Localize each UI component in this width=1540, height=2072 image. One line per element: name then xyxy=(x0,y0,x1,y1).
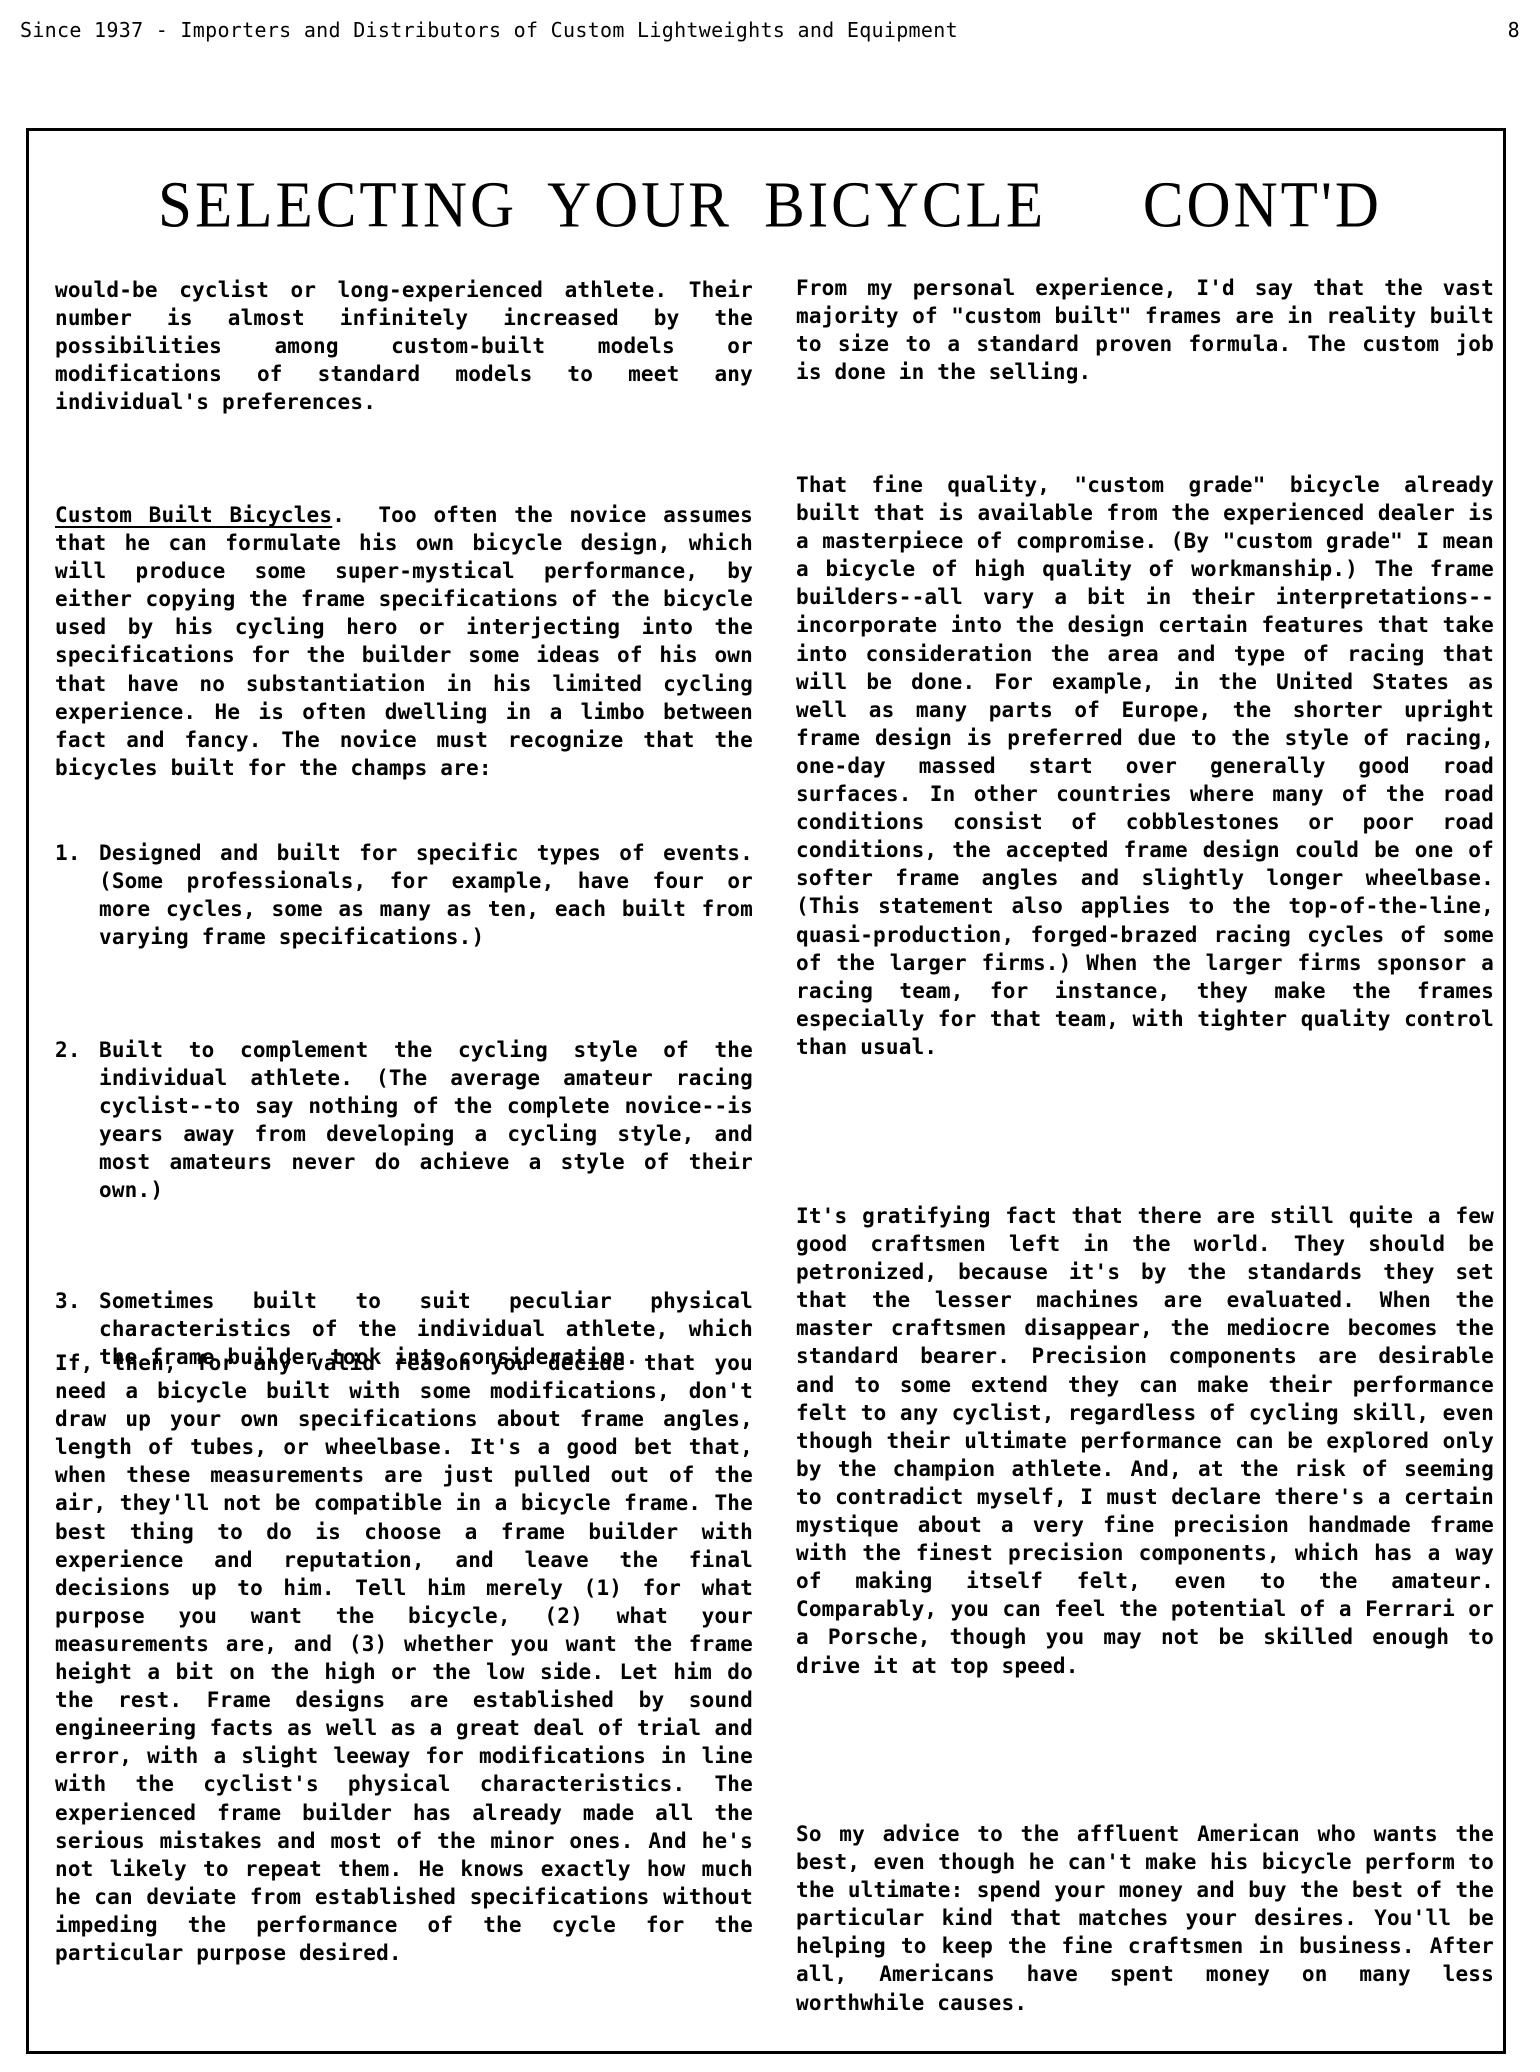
list-item-text: Designed and built for specific types of… xyxy=(99,839,753,951)
closing-advice-paragraph: So my advice to the affluent American wh… xyxy=(796,1820,1494,2017)
list-item-text: Built to complement the cycling style of… xyxy=(99,1036,753,1205)
list-item-2: 2. Built to complement the cycling style… xyxy=(55,1036,753,1205)
section-heading-custom-built: Custom Built Bicycles xyxy=(55,503,332,527)
company-tagline: Since 1937 - Importers and Distributors … xyxy=(20,18,958,42)
page-number: 8 xyxy=(1508,18,1520,42)
advice-paragraph: If, then, for any valid reason you decid… xyxy=(55,1349,753,1967)
custom-grade-paragraph: That fine quality, "custom grade" bicycl… xyxy=(796,471,1494,1061)
running-header: Since 1937 - Importers and Distributors … xyxy=(20,18,1520,48)
list-number: 1. xyxy=(55,839,81,867)
intro-paragraph: would-be cyclist or long-experienced ath… xyxy=(55,276,753,416)
custom-built-text: Too often the novice assumes that he can… xyxy=(55,503,766,780)
article-title: SELECTING YOUR BICYCLE CONT'D xyxy=(0,174,1540,239)
list-number: 3. xyxy=(55,1287,81,1315)
list-item-1: 1. Designed and built for specific types… xyxy=(55,839,753,951)
custom-built-paragraph: Custom Built Bicycles. Too often the nov… xyxy=(55,501,753,782)
craftsmen-paragraph: It's gratifying fact that there are stil… xyxy=(796,1202,1494,1680)
list-number: 2. xyxy=(55,1036,81,1064)
personal-experience-paragraph: From my personal experience, I'd say tha… xyxy=(796,274,1494,386)
